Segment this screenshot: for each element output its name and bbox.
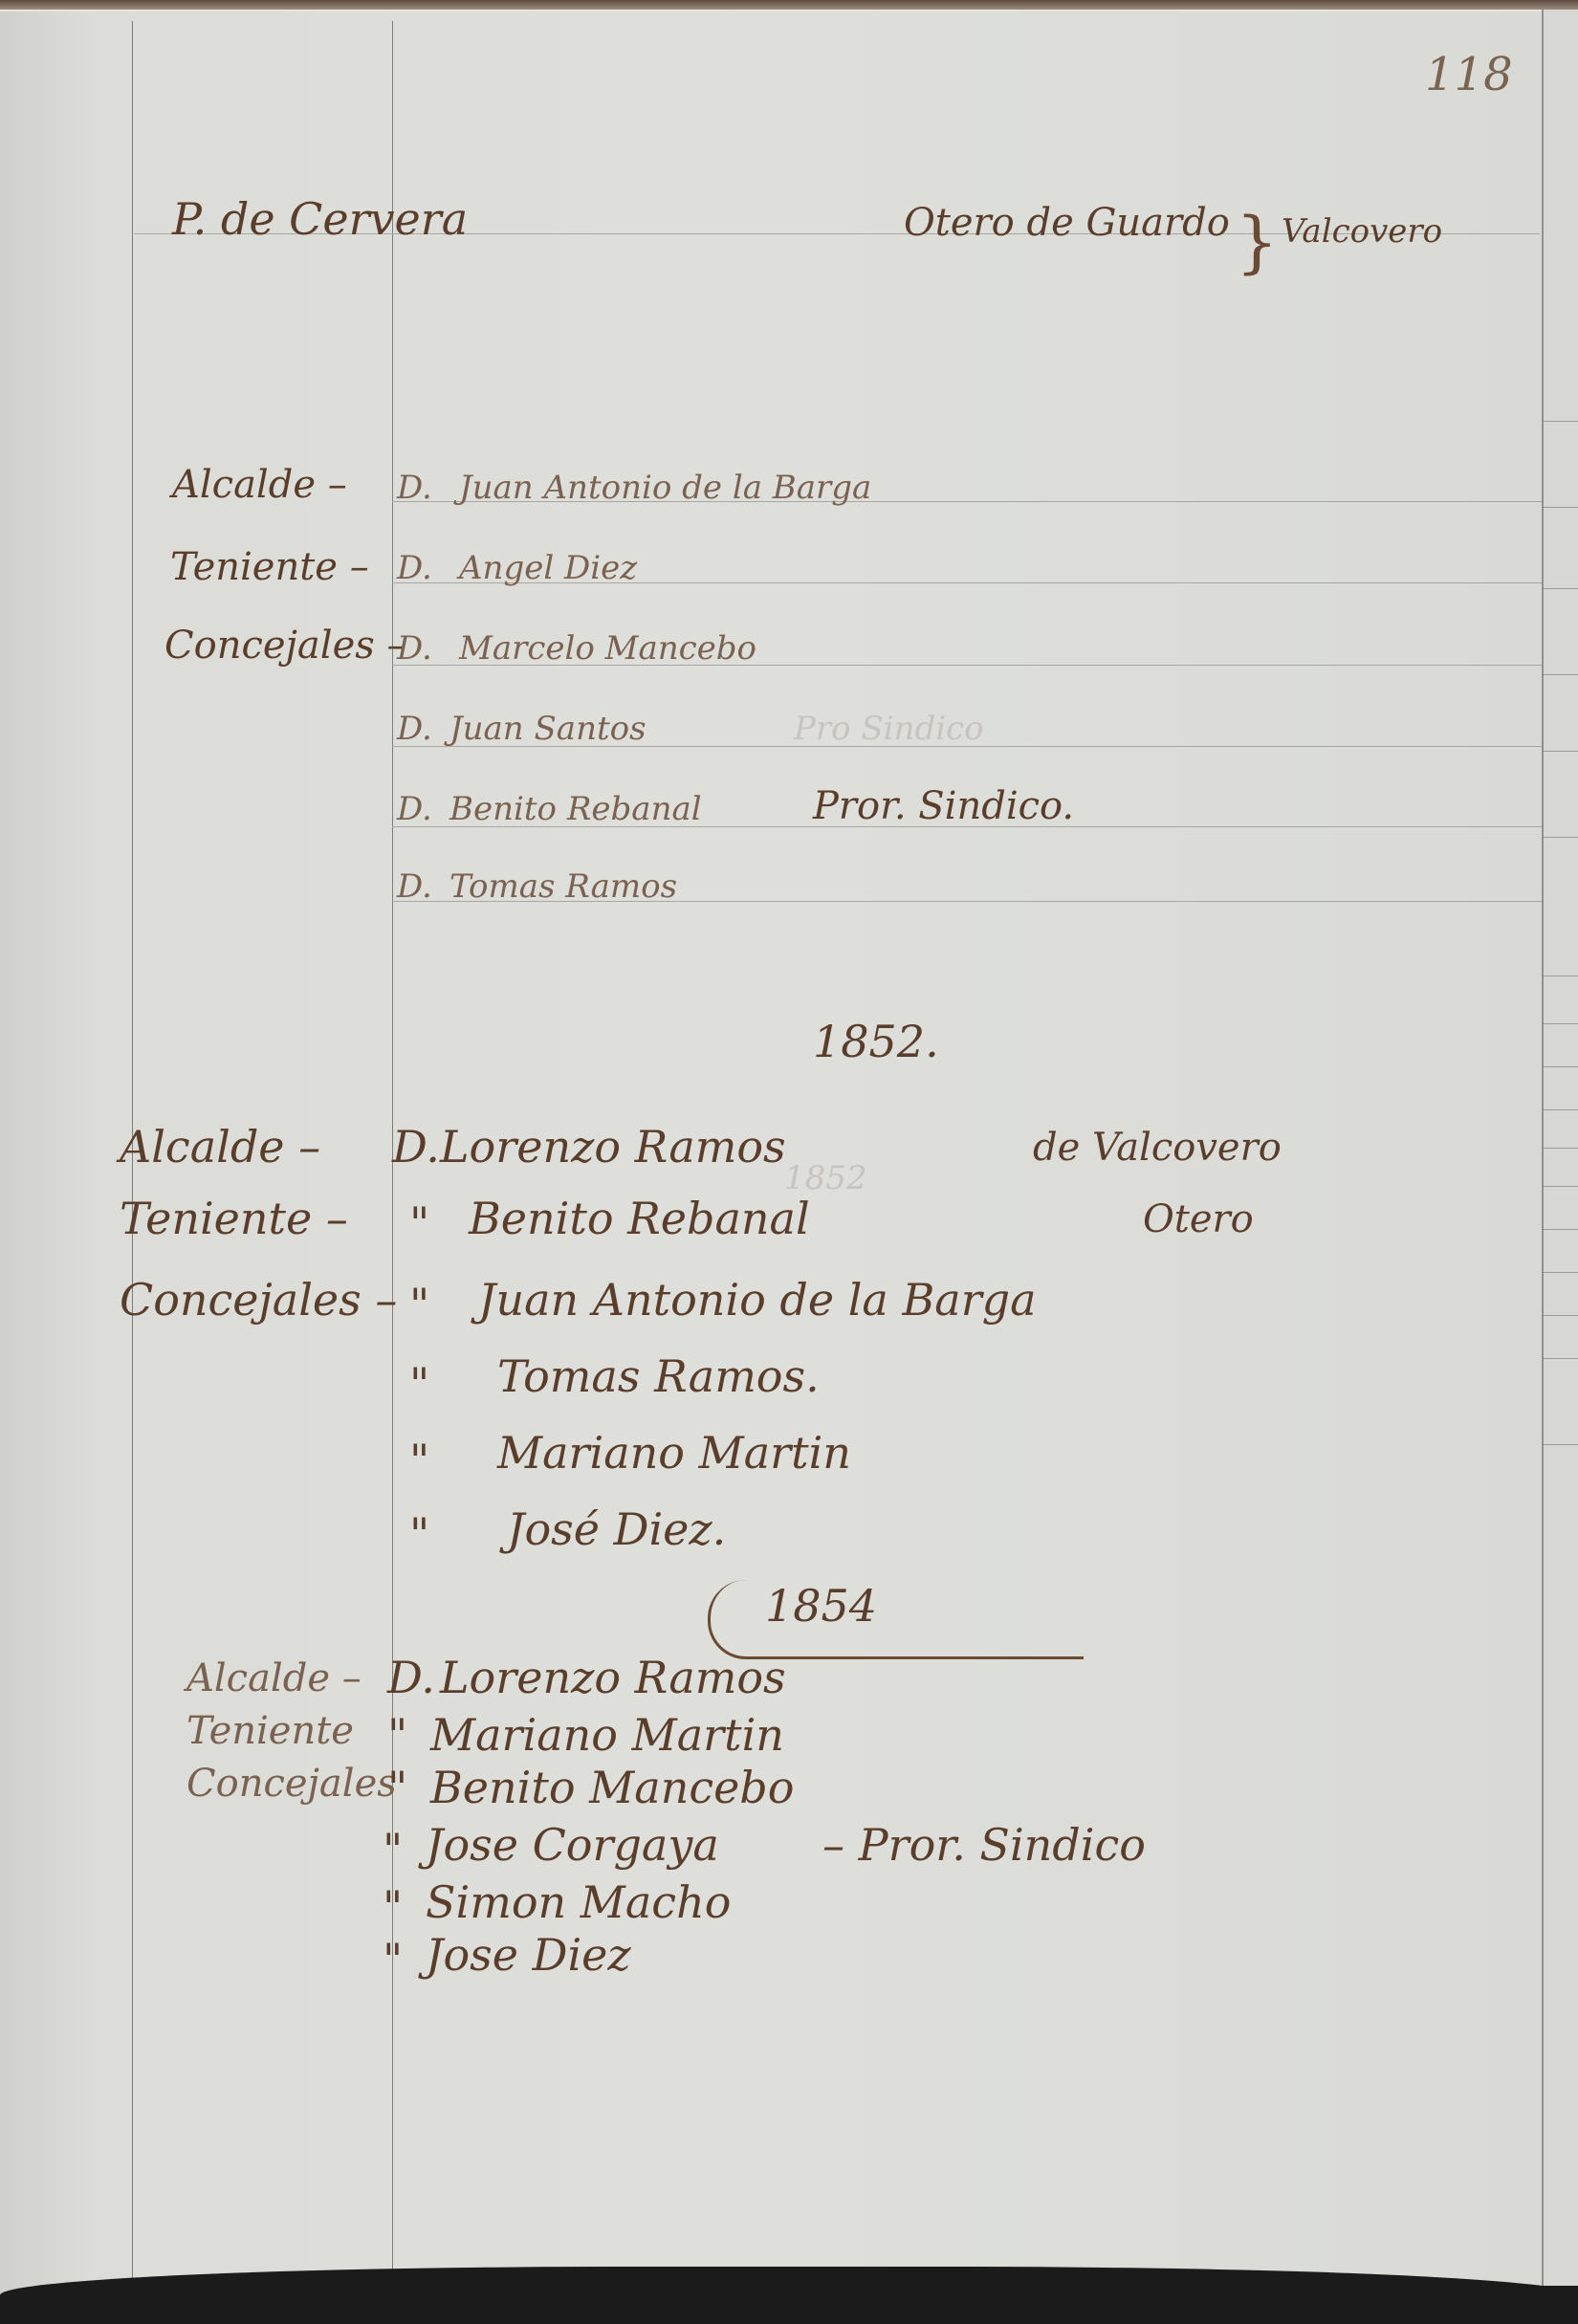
member-name: Mariano Martin xyxy=(497,1427,851,1479)
scan-background xyxy=(0,2267,1578,2324)
bleed-through-text: 1852 xyxy=(784,1159,867,1197)
name-prefix: D. xyxy=(392,1121,440,1173)
member-name: José Diez. xyxy=(507,1503,726,1555)
role-label: Concejales – xyxy=(164,624,405,668)
section-year: 1852. xyxy=(813,1016,939,1067)
member-name: Marcelo Mancebo xyxy=(459,629,756,668)
name-prefix: " xyxy=(387,1709,407,1761)
name-prefix: " xyxy=(409,1358,429,1410)
member-name: Jose Diez xyxy=(426,1929,631,1981)
member-name: Angel Diez xyxy=(459,549,637,587)
member-note: Otero xyxy=(1143,1197,1254,1241)
member-name: Mariano Martin xyxy=(430,1709,784,1761)
member-note: – Pror. Sindico xyxy=(822,1819,1146,1871)
role-label: Teniente – xyxy=(170,545,369,589)
member-name: Juan Antonio de la Barga xyxy=(459,469,871,507)
adjacent-page-edge xyxy=(1542,10,1578,2286)
name-prefix: " xyxy=(383,1881,403,1933)
header-parish: Valcovero xyxy=(1282,212,1442,251)
role-label: Concejales – xyxy=(120,1274,397,1326)
name-prefix: " xyxy=(409,1508,429,1560)
bleed-through-text: Pro Sindico xyxy=(794,710,984,748)
name-prefix: " xyxy=(409,1197,429,1249)
role-label: Concejales xyxy=(186,1762,397,1806)
member-name: Lorenzo Ramos xyxy=(440,1652,786,1703)
role-label: Alcalde – xyxy=(120,1121,320,1173)
name-prefix: D. xyxy=(397,710,432,748)
member-name: Tomas Ramos. xyxy=(497,1350,820,1402)
name-prefix: D. xyxy=(387,1652,435,1703)
name-prefix: D. xyxy=(397,469,432,507)
member-name: Tomas Ramos xyxy=(449,867,677,906)
name-prefix: " xyxy=(409,1279,429,1330)
name-prefix: " xyxy=(387,1762,407,1813)
header-district: P. de Cervera xyxy=(172,193,468,245)
name-prefix: D. xyxy=(397,629,432,668)
role-label: Alcalde – xyxy=(172,463,347,507)
name-prefix: " xyxy=(383,1824,403,1875)
header-brace: } xyxy=(1236,203,1279,281)
member-name: Benito Rebanal xyxy=(449,790,702,828)
member-note: Pror. Sindico. xyxy=(813,784,1074,828)
name-prefix: D. xyxy=(397,549,432,587)
role-label: Teniente – xyxy=(120,1193,348,1244)
name-prefix: " xyxy=(383,1934,403,1985)
member-name: Juan Santos xyxy=(449,710,647,748)
member-name: Lorenzo Ramos xyxy=(440,1121,786,1173)
member-name: Juan Antonio de la Barga xyxy=(478,1274,1037,1326)
member-name: Benito Mancebo xyxy=(430,1762,794,1813)
register-page: 118 P. de Cervera Otero de Guardo } Valc… xyxy=(0,10,1542,2297)
name-prefix: " xyxy=(409,1435,429,1486)
role-label: Alcalde – xyxy=(186,1656,362,1700)
header-place: Otero de Guardo xyxy=(904,201,1230,245)
section-year: 1854 xyxy=(765,1580,877,1632)
member-name: Benito Rebanal xyxy=(469,1193,810,1244)
year-bracket-flourish xyxy=(708,1580,1084,1659)
role-label: Teniente xyxy=(186,1709,354,1753)
member-name: Simon Macho xyxy=(426,1876,731,1928)
name-prefix: D. xyxy=(397,790,432,828)
member-name: Jose Corgaya xyxy=(426,1819,719,1871)
folio-number: 118 xyxy=(1425,48,1513,101)
member-note: de Valcovero xyxy=(1033,1126,1282,1170)
name-prefix: D. xyxy=(397,867,432,906)
